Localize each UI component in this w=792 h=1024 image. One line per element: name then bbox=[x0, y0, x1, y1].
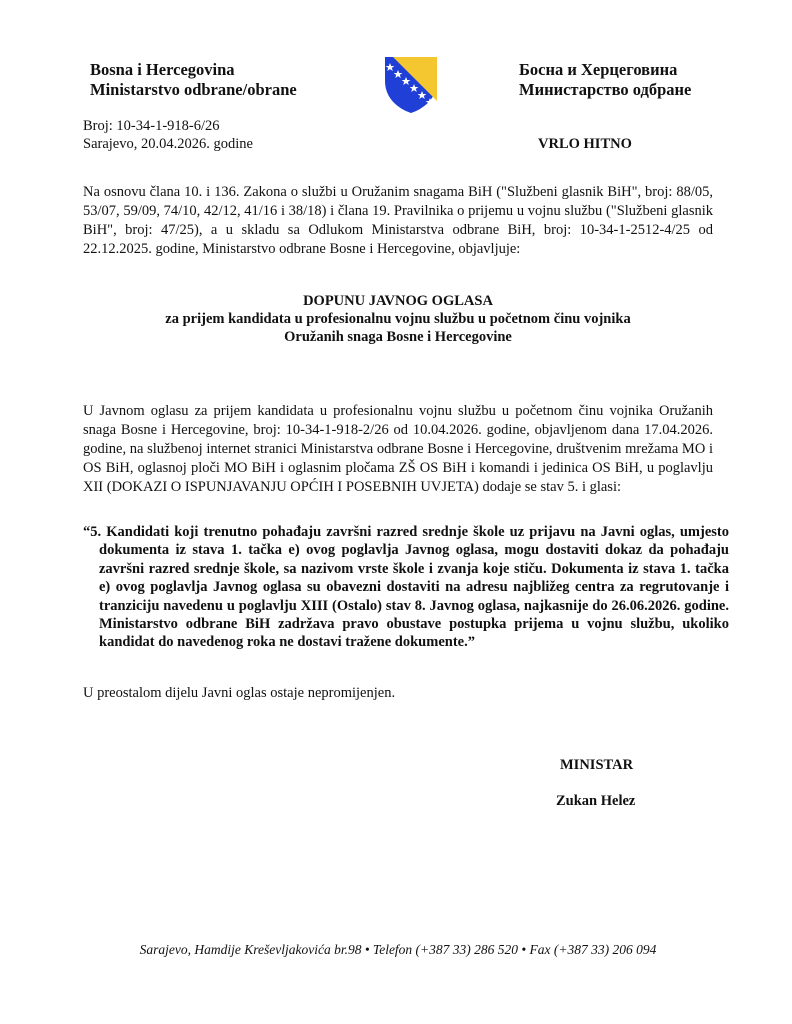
footer-address: Sarajevo, Hamdije Kreševljakovića br.98 … bbox=[83, 942, 713, 958]
title-line-2: za prijem kandidata u profesionalnu vojn… bbox=[83, 310, 713, 328]
intro-paragraph: Na osnovu člana 10. i 136. Zakona o služ… bbox=[83, 183, 713, 259]
closing-sentence: U preostalom dijelu Javni oglas ostaje n… bbox=[83, 684, 395, 702]
ministry-name-cyrillic: Министарство одбране bbox=[519, 80, 691, 100]
document-number: Broj: 10-34-1-918-6/26 bbox=[83, 117, 253, 135]
urgency-label: VRLO HITNO bbox=[538, 135, 632, 153]
country-name-latin: Bosna i Hercegovina bbox=[90, 60, 297, 80]
document-meta: Broj: 10-34-1-918-6/26 Sarajevo, 20.04.2… bbox=[83, 117, 253, 153]
body-paragraph: U Javnom oglasu za prijem kandidata u pr… bbox=[83, 402, 713, 497]
title-line-1: DOPUNU JAVNOG OGLASA bbox=[83, 292, 713, 310]
country-name-cyrillic: Босна и Херцеговина bbox=[519, 60, 691, 80]
signature-name: Zukan Helez bbox=[556, 793, 635, 810]
ministry-name-latin: Ministarstvo odbrane/obrane bbox=[90, 80, 297, 100]
bih-coat-of-arms-icon bbox=[383, 55, 439, 115]
document-title: DOPUNU JAVNOG OGLASA za prijem kandidata… bbox=[83, 292, 713, 346]
header-left: Bosna i Hercegovina Ministarstvo odbrane… bbox=[90, 60, 297, 100]
signature-role: MINISTAR bbox=[560, 757, 633, 774]
header-right: Босна и Херцеговина Министарство одбране bbox=[519, 60, 691, 100]
amendment-quote: “5. Kandidati koji trenutno pohađaju zav… bbox=[83, 523, 729, 652]
title-line-3: Oružanih snaga Bosne i Hercegovine bbox=[83, 328, 713, 346]
place-date: Sarajevo, 20.04.2026. godine bbox=[83, 135, 253, 153]
